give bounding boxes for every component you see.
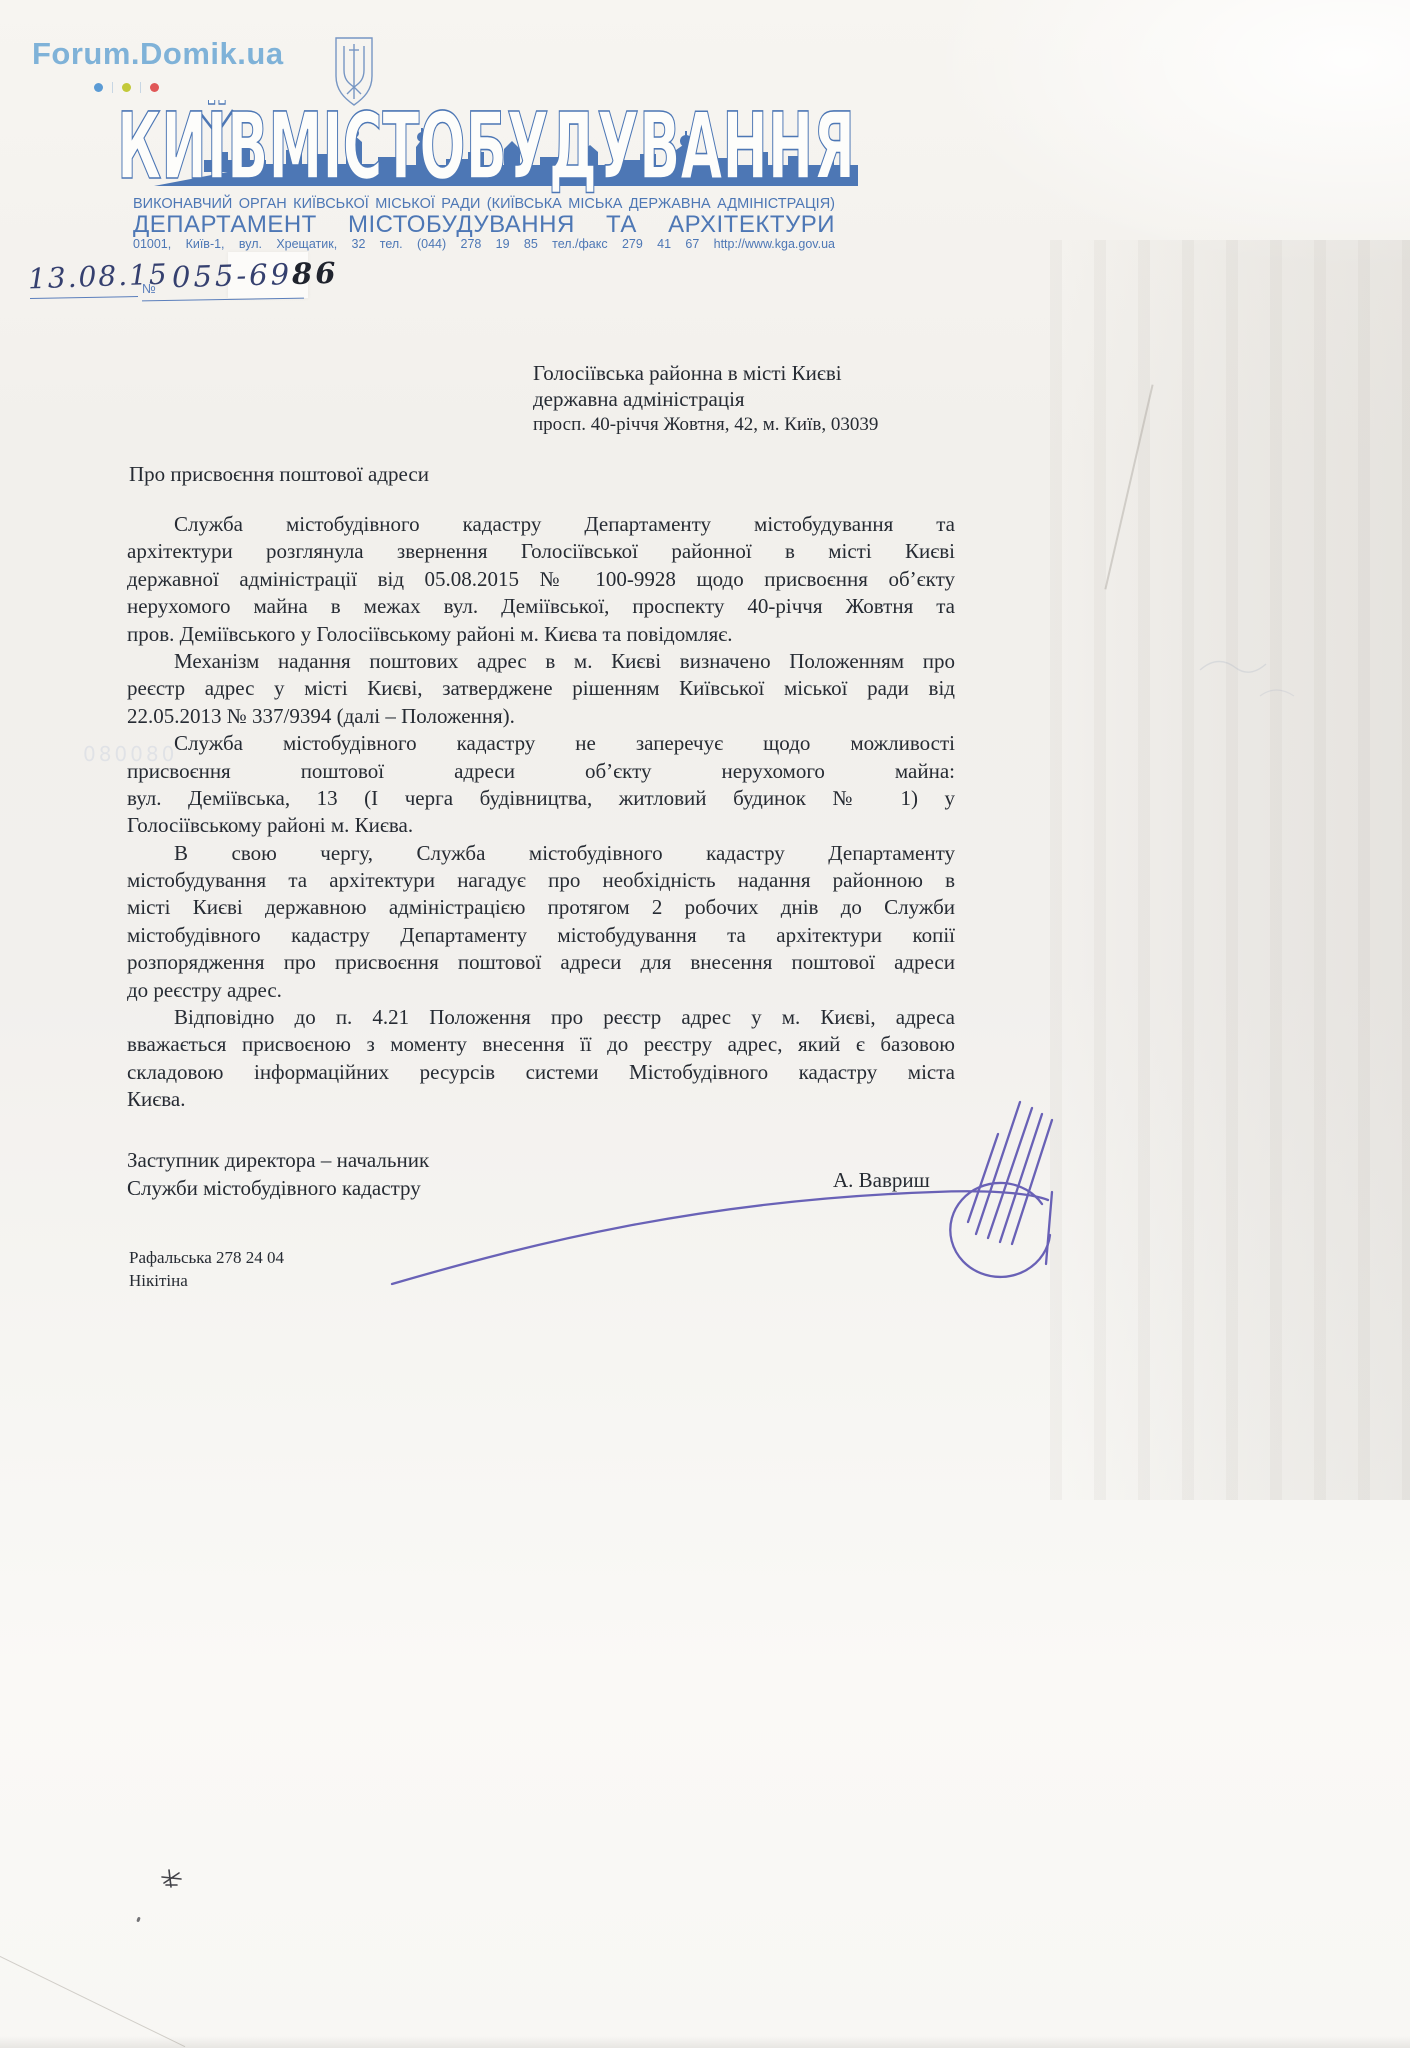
body-line: до реєстру адрес. <box>127 977 955 1004</box>
trident-emblem-icon <box>331 36 377 108</box>
watermark-dot-blue <box>94 83 103 92</box>
text-line: просп. 40-річчя Жовтня, 42, м. Київ, 030… <box>533 412 878 438</box>
forum-domik-watermark: Forum.Domik.ua <box>32 36 284 72</box>
body-line: Служба містобудівного кадастру Департаме… <box>127 511 955 538</box>
text-line: Нікітіна <box>129 1269 284 1292</box>
body-line: Відповідно до п. 4.21 Положення про реєс… <box>127 1004 955 1031</box>
body-line: місті Києві державною адміністрацією про… <box>127 894 955 921</box>
body-line: нерухомого майна в межах вул. Деміївсько… <box>127 593 955 620</box>
body-line: містобудування та архітектури нагадує пр… <box>127 867 955 894</box>
bottom-left-fold-line <box>0 1952 185 2047</box>
scanned-letter-page: 080080 Forum.Domik.ua <box>0 0 1410 2048</box>
text-line: Голосіївська районна в місті Києві <box>533 360 878 386</box>
body-line: Служба містобудівного кадастру не запере… <box>127 730 955 757</box>
bottom-edge-shadow <box>0 2036 1410 2048</box>
watermark-dot-green <box>122 83 131 92</box>
paper-crease-line <box>1104 384 1153 589</box>
body-line: присвоєння поштової адреси об’єкту нерух… <box>127 758 955 785</box>
number-light-part: 055-69 <box>172 257 293 294</box>
watermark-dot-red <box>150 83 159 92</box>
body-line: Голосіївському районі м. Києва. <box>127 812 955 839</box>
body-line: державної адміністрації від 05.08.2015 №… <box>127 566 955 593</box>
paper-crease-marks <box>1190 630 1350 720</box>
ink-scribble-mark <box>156 1868 184 1892</box>
address-contact-line: 01001, Київ-1, вул. Хрещатик, 32 тел. (0… <box>133 237 835 251</box>
body-line: пров. Деміївського у Голосіївському райо… <box>127 621 955 648</box>
footer-contacts: Рафальська 278 24 04Нікітіна <box>129 1246 284 1292</box>
pen-signature <box>380 1072 1090 1322</box>
body-line: реєстр адрес у місті Києві, затверджене … <box>127 675 955 702</box>
numero-sign: № <box>142 281 156 296</box>
watermark-dots <box>94 82 159 93</box>
body-line: Механізм надання поштових адрес в м. Киє… <box>127 648 955 675</box>
body-line: містобудівного кадастру Департаменту міс… <box>127 922 955 949</box>
recipient-block: Голосіївська районна в місті Києвідержав… <box>533 360 878 438</box>
letter-body: Служба містобудівного кадастру Департаме… <box>127 511 955 1114</box>
kyivmistobuduvannia-logo: КИЇВМІСТОБУДУВАННЯ <box>116 100 858 196</box>
text-line: державна адміністрація <box>533 386 878 412</box>
logo-text: КИЇВМІСТОБУДУВАННЯ <box>117 100 855 196</box>
watermark-separator <box>112 82 113 93</box>
body-line: 22.05.2013 № 337/9394 (далі – Положення)… <box>127 703 955 730</box>
body-line: В свою чергу, Служба містобудівного када… <box>127 840 955 867</box>
body-line: вважається присвоєною з моменту внесення… <box>127 1031 955 1058</box>
subject-line: Про присвоєння поштової адреси <box>129 462 429 487</box>
handwritten-number: 055-6986 <box>172 256 339 294</box>
watermark-separator <box>140 82 141 93</box>
department-title-line: ДЕПАРТАМЕНТ МІСТОБУДУВАННЯ ТА АРХІТЕКТУР… <box>133 211 835 239</box>
date-underline <box>30 296 138 299</box>
body-line: архітектури розглянула звернення Голосії… <box>127 538 955 565</box>
body-line: розпорядження про присвоєння поштової ад… <box>127 949 955 976</box>
text-line: Рафальська 278 24 04 <box>129 1246 284 1269</box>
body-line: вул. Деміївська, 13 (І черга будівництва… <box>127 785 955 812</box>
number-dark-part: 86 <box>292 256 339 291</box>
ink-dot-mark <box>136 1917 141 1923</box>
number-underline <box>142 298 304 302</box>
executive-org-line: ВИКОНАВЧИЙ ОРГАН КИЇВСЬКОЇ МІСЬКОЇ РАДИ … <box>133 196 835 212</box>
scan-streak-shadows <box>1050 240 1410 1500</box>
